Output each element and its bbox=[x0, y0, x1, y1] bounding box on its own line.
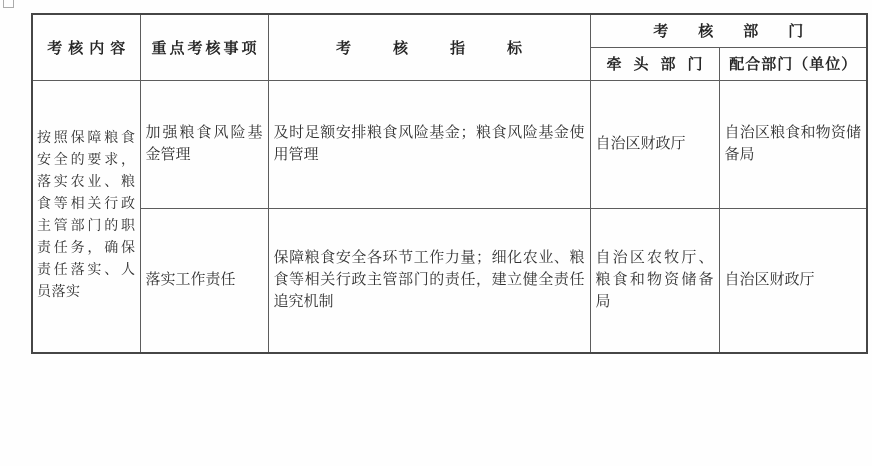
column-header-key-items: 重点考核事项 bbox=[140, 14, 268, 80]
assessment-table: 考核内容 重点考核事项 考核指标 考核部门 牵头部门 配合部门（单位） 按照保障… bbox=[31, 13, 868, 354]
scan-corner-artifact bbox=[3, 0, 14, 8]
column-header-departments: 考核部门 bbox=[590, 14, 867, 47]
cell-lead-department: 自治区农牧厅、粮食和物资储备局 bbox=[590, 208, 719, 353]
cell-assessment-content: 按照保障粮食安全的要求，落实农业、粮食等相关行政主管部门的职责任务，确保责任落实… bbox=[32, 80, 140, 353]
header-row-top: 考核内容 重点考核事项 考核指标 考核部门 bbox=[32, 14, 867, 47]
cell-indicator: 保障粮食安全各环节工作力量；细化农业、粮食等相关行政主管部门的责任，建立健全责任… bbox=[268, 208, 590, 353]
cell-indicator: 及时足额安排粮食风险基金；粮食风险基金使用管理 bbox=[268, 80, 590, 208]
table-row: 按照保障粮食安全的要求，落实农业、粮食等相关行政主管部门的职责任务，确保责任落实… bbox=[32, 80, 867, 208]
table-row: 落实工作责任 保障粮食安全各环节工作力量；细化农业、粮食等相关行政主管部门的责任… bbox=[32, 208, 867, 353]
column-header-lead-department: 牵头部门 bbox=[590, 47, 719, 80]
column-header-indicators: 考核指标 bbox=[268, 14, 590, 80]
column-header-support-department: 配合部门（单位） bbox=[719, 47, 867, 80]
cell-key-item: 加强粮食风险基金管理 bbox=[140, 80, 268, 208]
cell-support-department: 自治区财政厅 bbox=[719, 208, 867, 353]
column-header-content: 考核内容 bbox=[32, 14, 140, 80]
cell-key-item: 落实工作责任 bbox=[140, 208, 268, 353]
cell-lead-department: 自治区财政厅 bbox=[590, 80, 719, 208]
cell-support-department: 自治区粮食和物资储备局 bbox=[719, 80, 867, 208]
document-page: 考核内容 重点考核事项 考核指标 考核部门 牵头部门 配合部门（单位） 按照保障… bbox=[0, 0, 872, 466]
